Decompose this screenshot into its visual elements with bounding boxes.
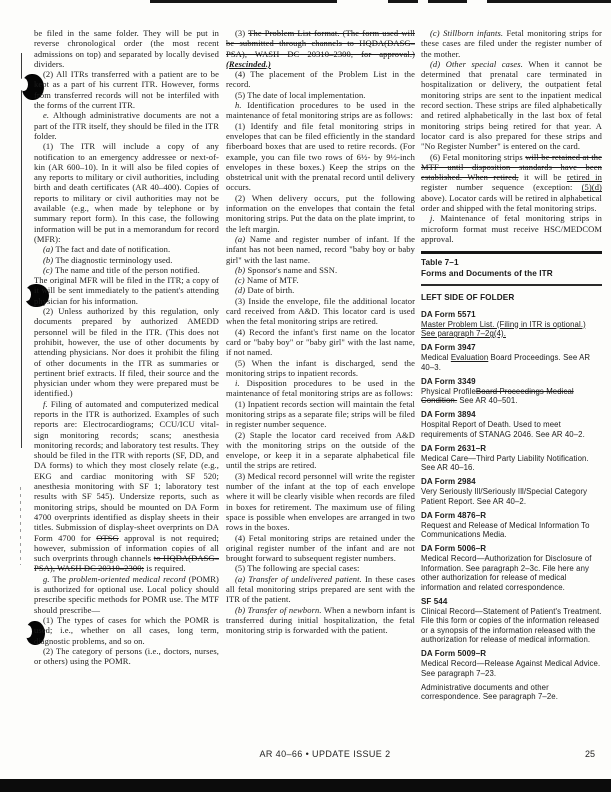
form-description: Clinical Record—Statement of Patient's T… <box>421 607 602 645</box>
paragraph: (1) The types of cases for which the POM… <box>34 615 219 646</box>
form-entry: DA Form 2631–R Medical Care—Third Party … <box>421 444 602 473</box>
paragraph: (a) Name and register number of infant. … <box>226 234 415 265</box>
paragraph: (6) Fetal monitoring strips will be reta… <box>421 152 602 214</box>
form-number: DA Form 5006–R <box>421 544 602 554</box>
paragraph: be filed in the same folder. They will b… <box>34 28 219 69</box>
paragraph: e. Although administrative documents are… <box>34 110 219 141</box>
paragraph: h. Identification procedures to be used … <box>226 100 415 121</box>
form-description: Request and Release of Medical Informati… <box>421 521 602 540</box>
form-description: Medical Record—Authorization for Disclos… <box>421 554 602 592</box>
form-entry: DA Form 3894 Hospital Report of Death. U… <box>421 410 602 439</box>
form-number: DA Form 3947 <box>421 343 602 353</box>
form-description: Master Problem List. (Filing in ITR is o… <box>421 320 602 339</box>
scan-edge-artifact <box>428 0 467 3</box>
page-number: 25 <box>585 749 595 759</box>
paragraph: j. Maintenance of fetal monitoring strip… <box>421 213 602 244</box>
form-number: DA Form 5571 <box>421 310 602 320</box>
form-entry: DA Form 5571 Master Problem List. (Filin… <box>421 310 602 339</box>
text-column-3: (c) Stillborn infants. Fetal monitoring … <box>421 28 602 706</box>
paragraph: (3) Medical record personnel will write … <box>226 471 415 533</box>
form-number: DA Form 2984 <box>421 477 602 487</box>
paragraph: (4) The placement of the Problem List in… <box>226 69 415 90</box>
text-column-2: (3) The Problem List format. (The form u… <box>226 28 415 636</box>
paragraph: f. Filing of automated and computerized … <box>34 399 219 574</box>
paragraph: (c) The name and title of the person not… <box>34 265 219 275</box>
paragraph: (d) Date of birth. <box>226 285 415 295</box>
scan-edge-artifact <box>388 0 418 3</box>
paragraph: (2) Unless authorized by this regulation… <box>34 306 219 399</box>
paragraph: (b) Sponsor's name and SSN. <box>226 265 415 275</box>
paragraph: g. The problem-oriented medical record (… <box>34 574 219 615</box>
paragraph: (5) The date of local implementation. <box>226 90 415 100</box>
form-number: DA Form 3894 <box>421 410 602 420</box>
form-number: DA Form 5009–R <box>421 649 602 659</box>
form-description: Physical ProfileBoard Proceedings Medica… <box>421 387 602 406</box>
form-entry: DA Form 2984 Very Seriously Ill/Seriousl… <box>421 477 602 506</box>
form-description: Medical Evaluation Board Proceedings. Se… <box>421 353 602 372</box>
form-number: DA Form 4876–R <box>421 511 602 521</box>
form-description: Administrative documents and other corre… <box>421 683 602 702</box>
table-7-1: Table 7–1 Forms and Documents of the ITR… <box>421 251 602 701</box>
scanned-document-page: be filed in the same folder. They will b… <box>0 0 611 792</box>
form-entry: DA Form 3349 Physical ProfileBoard Proce… <box>421 377 602 406</box>
paragraph: (2) The category of persons (i.e., docto… <box>34 646 219 667</box>
paragraph: (3) The Problem List format. (The form u… <box>226 28 415 69</box>
form-entry: DA Form 3947 Medical Evaluation Board Pr… <box>421 343 602 372</box>
paragraph: (3) Inside the envelope, file the additi… <box>226 296 415 327</box>
paragraph: (4) Record the infant's first name on th… <box>226 327 415 358</box>
paragraph: (1) The ITR will include a copy of any n… <box>34 141 219 244</box>
scan-edge-artifact <box>487 0 611 3</box>
form-number: DA Form 2631–R <box>421 444 602 454</box>
paragraph: The original MFR will be filed in the IT… <box>34 275 219 306</box>
form-description: Very Seriously Ill/Seriously Ill/Special… <box>421 487 602 506</box>
binding-line-artifact <box>21 53 22 448</box>
form-number: SF 544 <box>421 597 602 607</box>
paragraph: (5) The following are special cases: <box>226 563 415 573</box>
paragraph: (1) Identify and file fetal monitoring s… <box>226 121 415 193</box>
paragraph: (2) All ITRs transferred with a patient … <box>34 69 219 110</box>
form-entry: DA Form 5009–R Medical Record—Release Ag… <box>421 649 602 678</box>
paragraph: (1) Inpatient records section will maint… <box>226 399 415 430</box>
form-entry: DA Form 5006–R Medical Record—Authorizat… <box>421 544 602 592</box>
form-entry: SF 544 Clinical Record—Statement of Pati… <box>421 597 602 645</box>
form-description: Medical Care—Third Party Liability Notif… <box>421 454 602 473</box>
paragraph: (b) The diagnostic terminology used. <box>34 255 219 265</box>
paragraph: (c) Name of MTF. <box>226 275 415 285</box>
scan-edge-artifact <box>150 0 337 3</box>
table-title: Forms and Documents of the ITR <box>421 269 602 280</box>
paragraph: (2) Staple the locator card received fro… <box>226 430 415 471</box>
table-section-header: LEFT SIDE OF FOLDER <box>421 293 602 303</box>
paragraph: (a) The fact and date of notification. <box>34 244 219 254</box>
paragraph: (d) Other special cases. When it cannot … <box>421 59 602 152</box>
scan-edge-artifact <box>0 779 611 792</box>
form-entry: Administrative documents and other corre… <box>421 683 602 702</box>
form-number: DA Form 3349 <box>421 377 602 387</box>
table-header: Table 7–1 Forms and Documents of the ITR <box>421 251 602 286</box>
form-description: Hospital Report of Death. Used to meet r… <box>421 420 602 439</box>
paragraph: (2) When delivery occurs, put the follow… <box>226 193 415 234</box>
paragraph: (a) Transfer of undelivered patient. In … <box>226 574 415 605</box>
footer-text: AR 40–66 • UPDATE ISSUE 2 <box>160 749 490 759</box>
form-entry: DA Form 4876–R Request and Release of Me… <box>421 511 602 540</box>
paragraph: (5) When the infant is discharged, send … <box>226 358 415 379</box>
paragraph: (4) Fetal monitoring strips are retained… <box>226 533 415 564</box>
paragraph: (c) Stillborn infants. Fetal monitoring … <box>421 28 602 59</box>
text-column-1: be filed in the same folder. They will b… <box>34 28 219 666</box>
paragraph: (b) Transfer of newborn. When a newborn … <box>226 605 415 636</box>
paragraph: i. Disposition procedures to be used in … <box>226 378 415 399</box>
table-number: Table 7–1 <box>421 258 602 269</box>
form-description: Medical Record—Release Against Medical A… <box>421 659 602 678</box>
binding-line-artifact <box>20 487 21 565</box>
